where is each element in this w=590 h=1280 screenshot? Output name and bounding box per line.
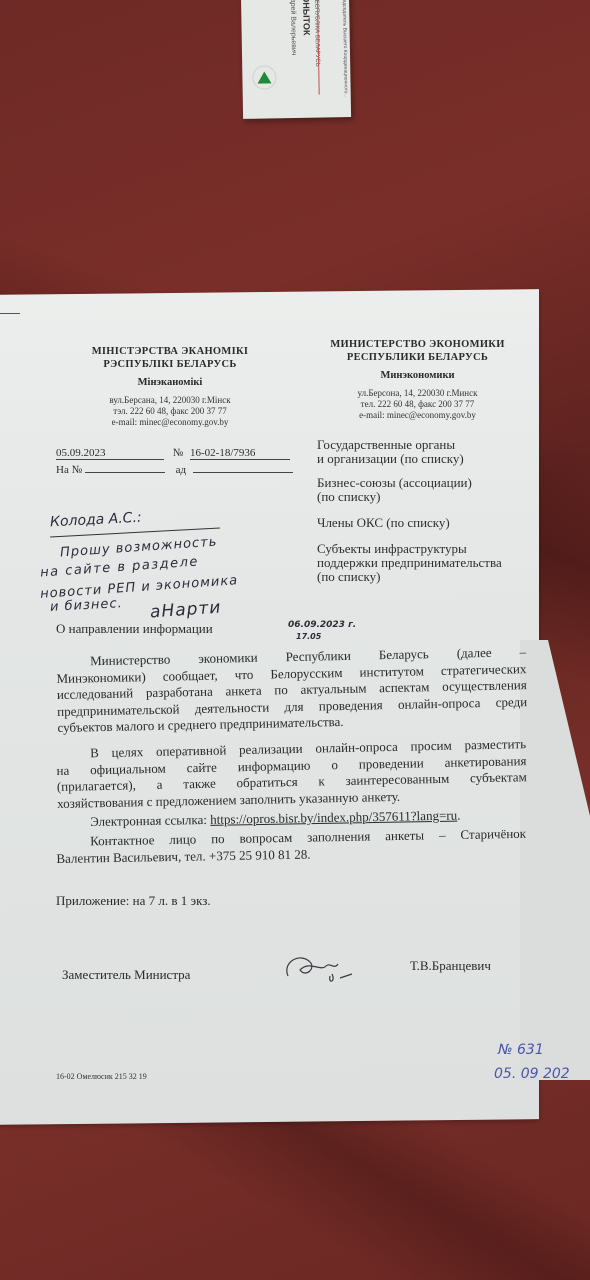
letterhead-right-phone: тел. 222 60 48, факс 200 37 77 bbox=[310, 399, 525, 410]
incoming-number: № 631 bbox=[498, 1042, 544, 1058]
tree-logo-icon bbox=[252, 65, 276, 89]
outgoing-date: 05.09.2023 bbox=[56, 447, 164, 460]
signer-name: Т.В.Бранцевич bbox=[410, 958, 491, 975]
reply-to-value bbox=[85, 460, 165, 473]
card-title: Председатель Высшего Координационного... bbox=[341, 0, 349, 98]
letterhead-right-title-1: МИНИСТЕРСТВО ЭКОНОМИКИ bbox=[310, 338, 525, 351]
link-label: Электронная ссылка: bbox=[90, 812, 210, 829]
letterhead-left-address: вул.Берсана, 14, 220030 г.Мінск bbox=[70, 395, 270, 406]
business-card: РЕСПУБЛІКА БЕЛАРУСЬ КОНЫТОК Андрей Валер… bbox=[241, 0, 351, 119]
sheet-underneath-edge bbox=[0, 313, 20, 314]
reply-to-label: На № bbox=[56, 464, 82, 476]
letterhead-left-email: e-mail: minec@economy.gov.by bbox=[70, 417, 270, 428]
paragraph-1: Министерство экономики Республики Белару… bbox=[56, 644, 528, 736]
link-end: . bbox=[457, 808, 461, 823]
letterhead-right-title-2: РЕСПУБЛИКИ БЕЛАРУСЬ bbox=[310, 351, 525, 364]
outgoing-number: 16-02-18/7936 bbox=[190, 447, 290, 460]
addressee-business-unions: Бизнес-союзы (ассоциации) (по списку) bbox=[317, 476, 537, 504]
letterhead-left-title-2: РЭСПУБЛІКІ БЕЛАРУСЬ bbox=[70, 358, 270, 371]
addressee-infrastructure: Субъекты инфраструктуры поддержки предпр… bbox=[317, 542, 537, 584]
letterhead-left-phone: тэл. 222 60 48, факс 200 37 77 bbox=[70, 406, 270, 417]
letterhead-right-short: Минэкономики bbox=[310, 370, 525, 381]
letterhead-right-email: e-mail: minec@economy.gov.by bbox=[310, 410, 525, 421]
card-given-name: Андрей Валерьевич bbox=[289, 0, 297, 56]
letterhead-left-title-1: МІНІСТЭРСТВА ЭКАНОМІКІ bbox=[70, 345, 270, 358]
from-label: ад bbox=[176, 464, 186, 476]
letter-subject: О направлении информации bbox=[56, 621, 213, 638]
letterhead-right-address: ул.Берсона, 14, 220030 г.Минск bbox=[310, 388, 525, 399]
signature-scribble-icon bbox=[280, 948, 360, 988]
addressee-oks-members: Члены ОКС (по списку) bbox=[317, 516, 537, 530]
executor-info: 16-02 Омелюсик 215 32 19 bbox=[56, 1072, 147, 1081]
letterhead-left-short: Мінэканомікі bbox=[70, 377, 270, 388]
resolution-date: 06.09.2023 г. bbox=[288, 620, 356, 630]
signer-position: Заместитель Министра bbox=[62, 967, 190, 984]
card-surname: КОНЫТОК bbox=[301, 0, 312, 35]
attachment-note: Приложение: на 7 л. в 1 экз. bbox=[56, 893, 211, 910]
letterhead-right: МИНИСТЕРСТВО ЭКОНОМИКИ РЕСПУБЛИКИ БЕЛАРУ… bbox=[310, 338, 525, 421]
letterhead-left: МІНІСТЭРСТВА ЭКАНОМІКІ РЭСПУБЛІКІ БЕЛАРУ… bbox=[70, 345, 270, 428]
addressee-list: Государственные органы и организации (по… bbox=[317, 438, 537, 584]
incoming-date: 05. 09 202 bbox=[494, 1066, 570, 1082]
survey-link[interactable]: https://opros.bisr.by/index.php/357611?l… bbox=[210, 808, 457, 827]
addressee-state-bodies: Государственные органы и организации (по… bbox=[317, 438, 537, 466]
resolution-time: 17.05 bbox=[296, 632, 321, 641]
registration-fields: 05.09.2023 № 16-02-18/7936 На № ад bbox=[56, 447, 293, 476]
paragraph-2: В целях оперативной реализации онлайн-оп… bbox=[56, 736, 527, 812]
from-value bbox=[193, 460, 293, 473]
number-label: № bbox=[173, 447, 184, 459]
